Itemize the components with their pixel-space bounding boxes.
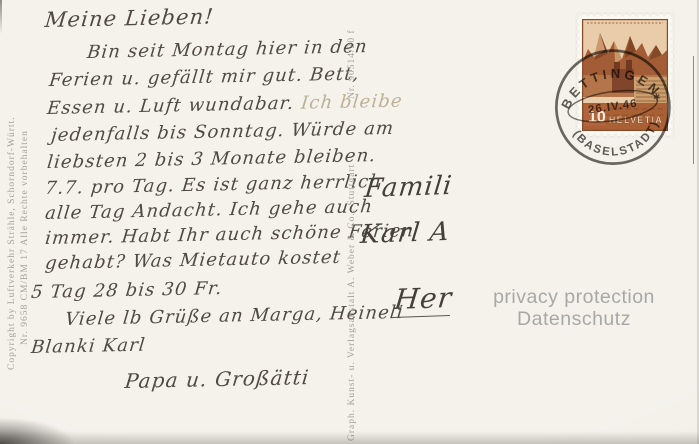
privacy-watermark: privacy protection Datenschutz	[452, 286, 696, 330]
postmark-star: ✱	[652, 91, 661, 102]
message-line: Ferien u. gefällt mir gut. Bett,	[48, 66, 360, 90]
message-line-part: Essen u. Luft wundabar.	[46, 93, 302, 119]
postcard-back: Meine Lieben! Bin seit Montag hier in de…	[0, 0, 699, 444]
postmark-date: 26.IV.46	[587, 98, 638, 117]
message-line: Blanki Karl	[30, 337, 146, 357]
message-line: Meine Lieben!	[44, 6, 215, 31]
message-line: gehabt? Was Mietauto kostet	[44, 249, 342, 273]
svg-text:(BASELSTADT): (BASELSTADT)	[570, 117, 666, 164]
message-line: 5 Tag 28 bis 30 Fr.	[30, 280, 223, 302]
stamp-perforation-top	[577, 13, 673, 18]
privacy-line-en: privacy protection	[452, 286, 696, 308]
address-line-town: Her	[393, 284, 454, 318]
address-line-name: Karl A	[359, 219, 451, 248]
message-line: 7.7. pro Tag. Es ist ganz herrlich	[44, 173, 383, 198]
message-signature: Papa u. Großätti	[124, 367, 311, 391]
message-line: Bin seit Montag hier in den	[86, 38, 368, 62]
message-line: jedenfalls bis Sonntag. Würde am	[50, 120, 395, 145]
credit-left-number-rights: Nr. 9658 CM/BM 17 Alle Rechte vorbehalte…	[19, 130, 31, 345]
privacy-line-de: Datenschutz	[452, 308, 696, 330]
scan-edge-corner-shadow	[0, 418, 74, 444]
scan-edge-right-line	[693, 56, 694, 164]
credit-left-copyright: Copyright by Luftverkehr Strähle, Schorn…	[6, 116, 18, 370]
message-line: alle Tag Andacht. Ich gehe auch	[44, 198, 374, 223]
postmark: BETTINGEN (BASELSTADT) 26.IV.46 ✱	[548, 42, 680, 174]
credit-middle-number: Nr. 90514/20 f	[346, 29, 358, 99]
credit-middle-publisher: Graph. Kunst- u. Verlagsanstalt A. Weber…	[346, 164, 358, 441]
postmark-region: (BASELSTADT)	[570, 117, 666, 164]
address-line-family: Famili	[363, 173, 454, 202]
scan-edge-topleft	[0, 0, 2, 34]
message-line: liebsten 2 bis 3 Monate bleiben.	[46, 147, 377, 172]
